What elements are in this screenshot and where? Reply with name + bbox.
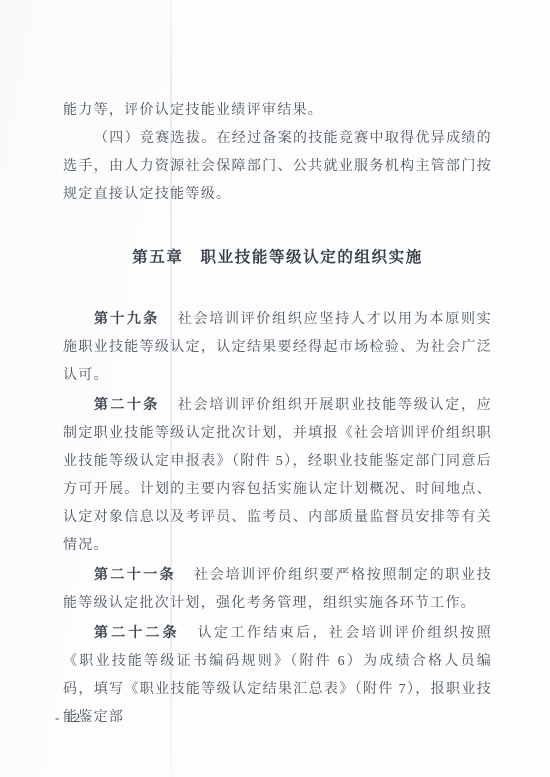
page-number: - 12 - bbox=[55, 710, 92, 726]
paragraph-text: 能力等，评价认定技能业绩评审结果。 bbox=[63, 103, 323, 118]
article-number-label: 第二十二条 bbox=[94, 624, 180, 640]
body-paragraph-item4: （四）竞赛选拔。在经过备案的技能竞赛中取得优异成绩的选手，由人力资源社会保障部门… bbox=[63, 125, 492, 209]
body-paragraph-article-19: 第十九条社会培训评价组织应坚持人才以用为本原则实施职业技能等级认定，认定结果要经… bbox=[63, 304, 492, 390]
body-paragraph-article-21: 第二十一条社会培训评价组织要严格按照制定的职业技能等级认定批次计划，强化考务管理… bbox=[63, 560, 492, 618]
paragraph-text: 社会培训评价组织开展职业技能等级认定，应制定职业技能等级认定批次计划，并填报《社… bbox=[63, 398, 492, 553]
article-number-label: 第十九条 bbox=[94, 310, 160, 326]
paragraph-text: （四）竞赛选拔。在经过备案的技能竞赛中取得优异成绩的选手，由人力资源社会保障部门… bbox=[63, 131, 492, 202]
body-paragraph-continuation: 能力等，评价认定技能业绩评审结果。 bbox=[63, 97, 492, 125]
body-paragraph-article-20: 第二十条社会培训评价组织开展职业技能等级认定，应制定职业技能等级认定批次计划，并… bbox=[63, 390, 492, 560]
document-body: 能力等，评价认定技能业绩评审结果。 （四）竞赛选拔。在经过备案的技能竞赛中取得优… bbox=[0, 0, 550, 732]
body-paragraph-article-22: 第二十二条认定工作结束后，社会培训评价组织按照《职业技能等级证书编码规则》（附件… bbox=[63, 618, 492, 732]
article-number-label: 第二十条 bbox=[94, 396, 160, 412]
chapter-heading: 第五章 职业技能等级认定的组织实施 bbox=[63, 245, 492, 271]
paragraph-text: 认定工作结束后，社会培训评价组织按照《职业技能等级证书编码规则》（附件 6）为成… bbox=[63, 626, 492, 725]
article-number-label: 第二十一条 bbox=[94, 566, 176, 582]
scanned-document-page: 能力等，评价认定技能业绩评审结果。 （四）竞赛选拔。在经过备案的技能竞赛中取得优… bbox=[0, 0, 550, 777]
